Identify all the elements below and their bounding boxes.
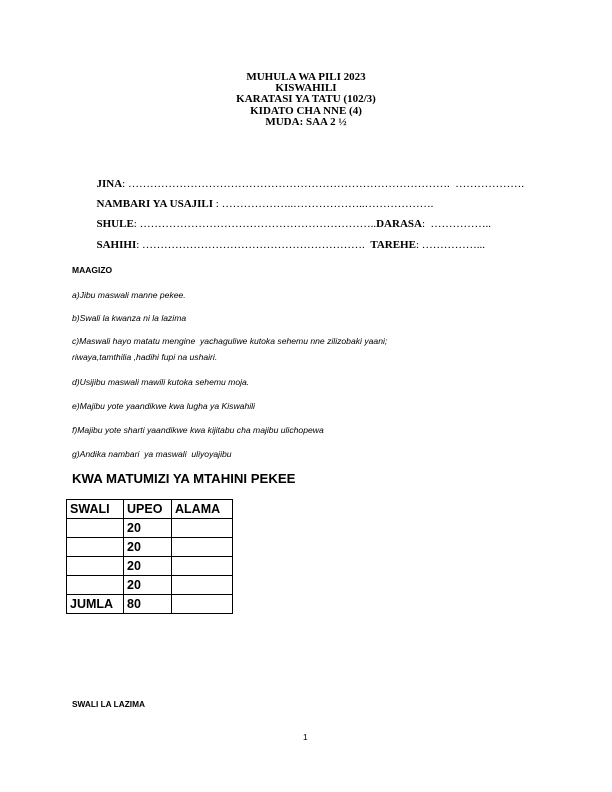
date-blank: : ……………... bbox=[416, 239, 485, 251]
signature-blank: : ……………………………………………………. bbox=[136, 239, 370, 251]
header-alama: ALAMA bbox=[172, 500, 233, 519]
table-row: 20 bbox=[67, 519, 233, 538]
instruction-item: riwaya,tamthilia ,hadihi fupi na ushairi… bbox=[72, 352, 217, 362]
instruction-item: b)Swali la kwanza ni la lazima bbox=[72, 313, 186, 323]
exam-header: MUHULA WA PILI 2023 KISWAHILI KARATASI Y… bbox=[0, 72, 612, 128]
marks-table: SWALI UPEO ALAMA 20 20 20 20 JUMLA 80 bbox=[66, 499, 233, 614]
total-max-cell: 80 bbox=[124, 595, 172, 614]
score-cell[interactable] bbox=[172, 576, 233, 595]
total-score-cell[interactable] bbox=[172, 595, 233, 614]
score-cell[interactable] bbox=[172, 557, 233, 576]
signature-label: SAHIHI bbox=[97, 239, 137, 251]
max-score-cell: 20 bbox=[124, 538, 172, 557]
compulsory-question-heading: SWALI LA LAZIMA bbox=[72, 699, 145, 709]
total-label-cell: JUMLA bbox=[67, 595, 124, 614]
table-row: 20 bbox=[67, 557, 233, 576]
table-total-row: JUMLA 80 bbox=[67, 595, 233, 614]
score-cell[interactable] bbox=[172, 538, 233, 557]
max-score-cell: 20 bbox=[124, 557, 172, 576]
max-score-cell: 20 bbox=[124, 519, 172, 538]
instruction-item: a)Jibu maswali manne pekee. bbox=[72, 290, 186, 300]
duration-title: MUDA: SAA 2 ½ bbox=[0, 117, 612, 128]
table-header-row: SWALI UPEO ALAMA bbox=[67, 500, 233, 519]
header-upeo: UPEO bbox=[124, 500, 172, 519]
instruction-item: d)Usijibu maswali mawili kutoka sehemu m… bbox=[72, 377, 249, 387]
page-number: 1 bbox=[303, 732, 308, 742]
table-row: 20 bbox=[67, 538, 233, 557]
paper-title: KARATASI YA TATU (102/3) bbox=[0, 94, 612, 105]
instruction-item: c)Maswali hayo matatu mengine yachaguliw… bbox=[72, 336, 387, 346]
instruction-item: f)Majibu yote sharti yaandikwe kwa kijit… bbox=[72, 425, 324, 435]
question-cell[interactable] bbox=[67, 557, 124, 576]
question-cell[interactable] bbox=[67, 538, 124, 557]
examiner-section-title: KWA MATUMIZI YA MTAHINI PEKEE bbox=[72, 471, 295, 486]
instruction-item: e)Majibu yote yaandikwe kwa lugha ya Kis… bbox=[72, 401, 255, 411]
instructions-title: MAAGIZO bbox=[72, 265, 112, 275]
score-cell[interactable] bbox=[172, 519, 233, 538]
max-score-cell: 20 bbox=[124, 576, 172, 595]
signature-date-field[interactable]: SAHIHI: ……………………………………………………. TAREHE: ……… bbox=[91, 227, 485, 251]
question-cell[interactable] bbox=[67, 576, 124, 595]
date-label: TAREHE bbox=[370, 239, 416, 251]
table-row: 20 bbox=[67, 576, 233, 595]
question-cell[interactable] bbox=[67, 519, 124, 538]
instruction-item: g)Andika nambari ya maswali uliyoyajibu bbox=[72, 449, 232, 459]
header-swali: SWALI bbox=[67, 500, 124, 519]
